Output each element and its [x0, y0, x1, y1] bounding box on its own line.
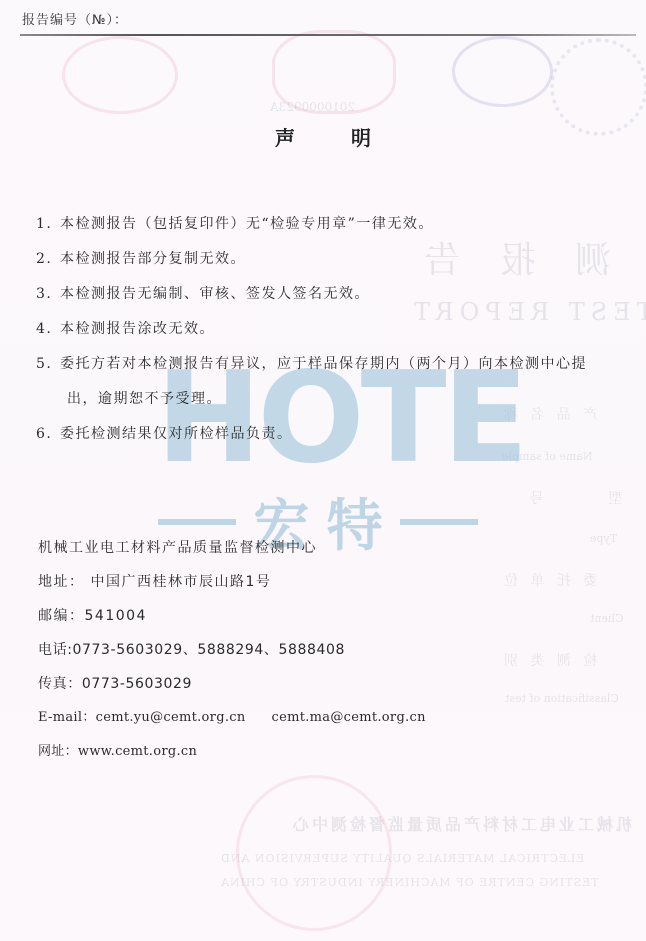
statement-item: 5. 委托方若对本检测报告有异议，应于样品保存期内（两个月）向本检测中心提 — [36, 354, 636, 389]
phone-value: 0773-5603029、5888294、5888408 — [73, 642, 346, 658]
email-label: E-mail： — [38, 710, 96, 725]
postcode-label: 邮编： — [38, 608, 85, 624]
contact-block: 机械工业电工材料产品质量监督检测中心 地址： 中国广西桂林市辰山路1号 邮编：5… — [38, 538, 598, 776]
ghost-seal-cnas — [62, 36, 178, 114]
statement-text: 委托方若对本检测报告有异议，应于样品保存期内（两个月）向本检测中心提 — [60, 354, 587, 389]
statement-number: 2. — [36, 249, 60, 284]
statement-continuation: 出，逾期恕不予受理。 — [36, 389, 636, 424]
statement-text: 本检测报告（包括复印件）无“检验专用章”一律无效。 — [60, 214, 434, 249]
statement-text: 出，逾期恕不予受理。 — [67, 389, 222, 424]
ghost-seal-ilac — [452, 36, 553, 107]
address-value: 中国广西桂林市辰山路1号 — [90, 574, 271, 590]
title-char-2: 明 — [351, 122, 371, 151]
email-link-2[interactable]: cemt.ma@cemt.org.cn — [272, 710, 426, 725]
address-label: 地址： — [38, 574, 85, 590]
statement-number: 3. — [36, 284, 60, 319]
fax-row: 传真：0773-5603029 — [38, 674, 598, 708]
title-char-1: 声 — [275, 122, 295, 151]
statement-text: 本检测报告部分复制无效。 — [60, 249, 246, 284]
address-row: 地址： 中国广西桂林市辰山路1号 — [38, 572, 598, 606]
fax-value: 0773-5603029 — [82, 676, 192, 692]
statement-number: 5. — [36, 354, 60, 389]
statement-text: 委托检测结果仅对所检样品负责。 — [60, 424, 293, 459]
statement-number: 6. — [36, 424, 60, 459]
ghost-seal-number: 2010000923A — [270, 100, 355, 114]
header-divider — [20, 34, 636, 36]
email-link-1[interactable]: cemt.yu@cemt.org.cn — [96, 710, 246, 725]
website-label: 网址： — [38, 744, 78, 759]
document-page: 2010000923A 检 测 报 告 TEST REPORT 产 品 名 称 … — [0, 0, 646, 941]
fax-label: 传真： — [38, 676, 82, 692]
phone-row: 电话:0773-5603029、5888294、5888408 — [38, 640, 598, 674]
statement-text: 本检测报告涂改无效。 — [60, 319, 215, 354]
watermark-dash-right — [400, 519, 478, 525]
ghost-issuer: 机械工业电工材料产品质量监督检测中心 — [290, 812, 632, 835]
statement-list: 1. 本检测报告（包括复印件）无“检验专用章”一律无效。 2. 本检测报告部分复… — [36, 214, 636, 459]
statement-number: 4. — [36, 319, 60, 354]
report-number-label: 报告编号（№）： — [22, 9, 128, 28]
ghost-field-2: 型 号 — [500, 488, 622, 508]
page-title: 声明 — [0, 122, 646, 151]
ghost-issuer-en-1: ELECTRICAL MATERIALS QUALITY SUPERVISION… — [220, 852, 584, 865]
website-link[interactable]: www.cemt.org.cn — [78, 744, 197, 759]
postcode-value: 541004 — [85, 608, 147, 624]
ghost-issuer-en-2: TESTING CENTRE OF MACHINERY INDUSTRY OF … — [220, 876, 598, 889]
statement-item: 1. 本检测报告（包括复印件）无“检验专用章”一律无效。 — [36, 214, 636, 249]
postcode-row: 邮编：541004 — [38, 606, 598, 640]
website-row: 网址：www.cemt.org.cn — [38, 742, 598, 776]
statement-item: 2. 本检测报告部分复制无效。 — [36, 249, 636, 284]
statement-item: 6. 委托检测结果仅对所检样品负责。 — [36, 424, 636, 459]
watermark-dash-left — [158, 519, 236, 525]
email-row: E-mail：cemt.yu@cemt.org.cncemt.ma@cemt.o… — [38, 708, 598, 742]
statement-text: 本检测报告无编制、审核、签发人签名无效。 — [60, 284, 370, 319]
statement-number: 1. — [36, 214, 60, 249]
statement-item: 3. 本检测报告无编制、审核、签发人签名无效。 — [36, 284, 636, 319]
organization-name: 机械工业电工材料产品质量监督检测中心 — [38, 538, 598, 572]
phone-label: 电话: — [38, 642, 73, 658]
statement-item: 4. 本检测报告涂改无效。 — [36, 319, 636, 354]
